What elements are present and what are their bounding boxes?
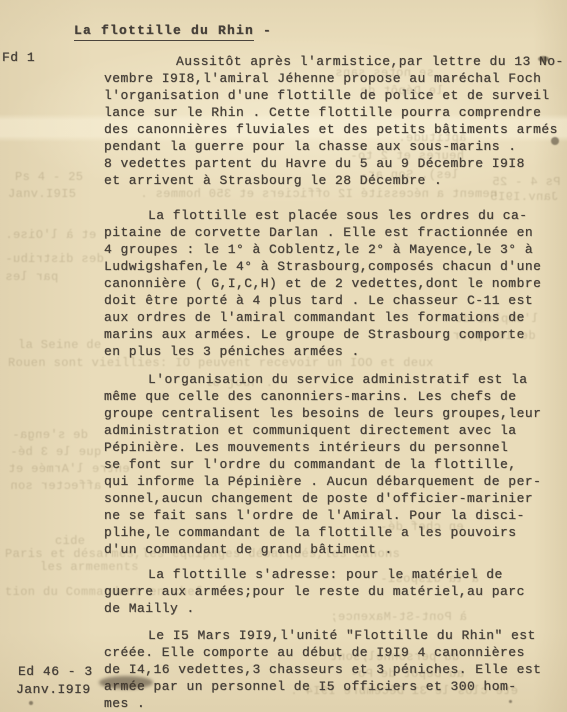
- text-line: des canonnières fluviales et des petits …: [104, 121, 564, 138]
- text-line: et arrivent à Strasbourg le 28 Décembre …: [104, 172, 564, 189]
- paragraph: Le I5 Mars I9I9,l'unité "Flottille du Rh…: [104, 627, 564, 712]
- text-line: de I4,16 vedettes,3 chasseurs et 3 pénic…: [104, 661, 564, 678]
- text-line: Pépinière. Les mouvements intérieurs du …: [104, 439, 564, 456]
- text-line: armée par un personnel de I5 officiers e…: [104, 678, 564, 695]
- text-line: canonnière ( G,I,C,H) et de 2 vedettes,d…: [104, 275, 564, 292]
- paragraph: La flottille s'adresse: pour le matériel…: [104, 566, 564, 617]
- margin-note-reference: Ed 46 - 3: [18, 664, 93, 679]
- paper-speck: [509, 700, 512, 703]
- page-title-dash: -: [254, 23, 272, 38]
- text-line: Aussitôt après l'armistice,par lettre du…: [104, 53, 564, 70]
- text-line: guerre aux armées;pour le reste du matér…: [104, 583, 564, 600]
- text-line: 4 groupes : le 1° à Coblentz,le 2° à May…: [104, 241, 564, 258]
- page-title-text: La flottille du Rhin: [74, 23, 254, 41]
- text-line: doit être porté à 4 plus tard . Le chass…: [104, 292, 564, 309]
- text-line: même que celle des canonniers-marins. Le…: [104, 388, 564, 405]
- text-line: en plus les 3 péniches armées .: [104, 343, 564, 360]
- ink-smudge: [99, 676, 153, 689]
- text-line: Le I5 Mars I9I9,l'unité "Flottille du Rh…: [104, 627, 564, 644]
- bleedthrough-fragment: des distribu-: [5, 252, 104, 266]
- text-line: L'organisation du service administratif …: [104, 371, 564, 388]
- bleedthrough-fragment: par les: [5, 270, 58, 284]
- bleedthrough-fragment: Ps 4 - 25: [15, 170, 83, 184]
- text-line: qui informe la Pépinière . Aucun débarqu…: [104, 473, 564, 490]
- text-line: créée. Elle comporte au début de I9I9 4 …: [104, 644, 564, 661]
- bleedthrough-fragment: Janv.I9I5: [8, 187, 76, 201]
- text-line: aux ordres de l'amiral commandant les fo…: [104, 309, 564, 326]
- margin-note-top: Fd 1: [2, 50, 35, 65]
- bleedthrough-fragment: et à l'Oise.: [5, 228, 96, 242]
- page-title: La flottille du Rhin -: [38, 8, 272, 53]
- text-line: groupe centralisent les besoins de leurs…: [104, 405, 564, 422]
- text-line: pendant la guerre pour la chasse aux sou…: [104, 138, 564, 155]
- paper-speck: [538, 56, 549, 62]
- text-line: l'organisation d'une flottille de police…: [104, 87, 564, 104]
- text-line: lance sur le Rhin . Cette flottille pour…: [104, 104, 564, 121]
- text-line: se font sur l'ordre du commandant de la …: [104, 456, 564, 473]
- bleedthrough-fragment: Janv.I9I5: [490, 190, 558, 204]
- text-line: marins aux armées. Le groupe de Strasbou…: [104, 326, 564, 343]
- text-line: pitaine de corvette Darlan . Elle est fr…: [104, 224, 564, 241]
- bleedthrough-fragment: que le 3 bé-: [10, 445, 101, 459]
- paragraph: La flottille est placée sous les ordres …: [104, 207, 564, 360]
- text-line: de Mailly .: [104, 600, 564, 617]
- text-line: vembre I9I8,l'amiral Jéhenne propose au …: [104, 70, 564, 87]
- paragraph: L'organisation du service administratif …: [104, 371, 564, 558]
- text-line: Ludwigshafen,le 4° à Strasbourg,composés…: [104, 258, 564, 275]
- text-line: La flottille s'adresse: pour le matériel…: [104, 566, 564, 583]
- text-line: La flottille est placée sous les ordres …: [104, 207, 564, 224]
- text-line: d'un commandant de grand bâtiment .: [104, 541, 564, 558]
- text-line: plihe,le commandant de la flottille a le…: [104, 524, 564, 541]
- text-line: administration et communiquent directeme…: [104, 422, 564, 439]
- paragraph: Aussitôt après l'armistice,par lettre du…: [104, 53, 564, 189]
- text-line: 8 vedettes partent du Havre du 5 au 9 Dé…: [104, 155, 564, 172]
- margin-note-date: Janv.I9I9: [16, 682, 91, 697]
- paper-speck: [551, 137, 559, 145]
- text-line: mes .: [104, 695, 564, 712]
- text-line: ne se fait sans l'ordre de l'Amiral. Pou…: [104, 507, 564, 524]
- bleedthrough-fragment: affecter son: [10, 479, 101, 493]
- bleedthrough-fragment: nement a nécessité I2 officiers et 350 h…: [140, 187, 497, 201]
- bleedthrough-fragment: de s'enga-: [12, 428, 88, 442]
- text-line: sonnel,aucun changement de poste d'offic…: [104, 490, 564, 507]
- paper-speck: [29, 701, 33, 705]
- document-page: La flottille du Rhin - Fd 1 se notes san…: [0, 0, 567, 712]
- bleedthrough-fragment: cide: [55, 534, 85, 548]
- bleedthrough-fragment: la Seine de: [18, 338, 102, 352]
